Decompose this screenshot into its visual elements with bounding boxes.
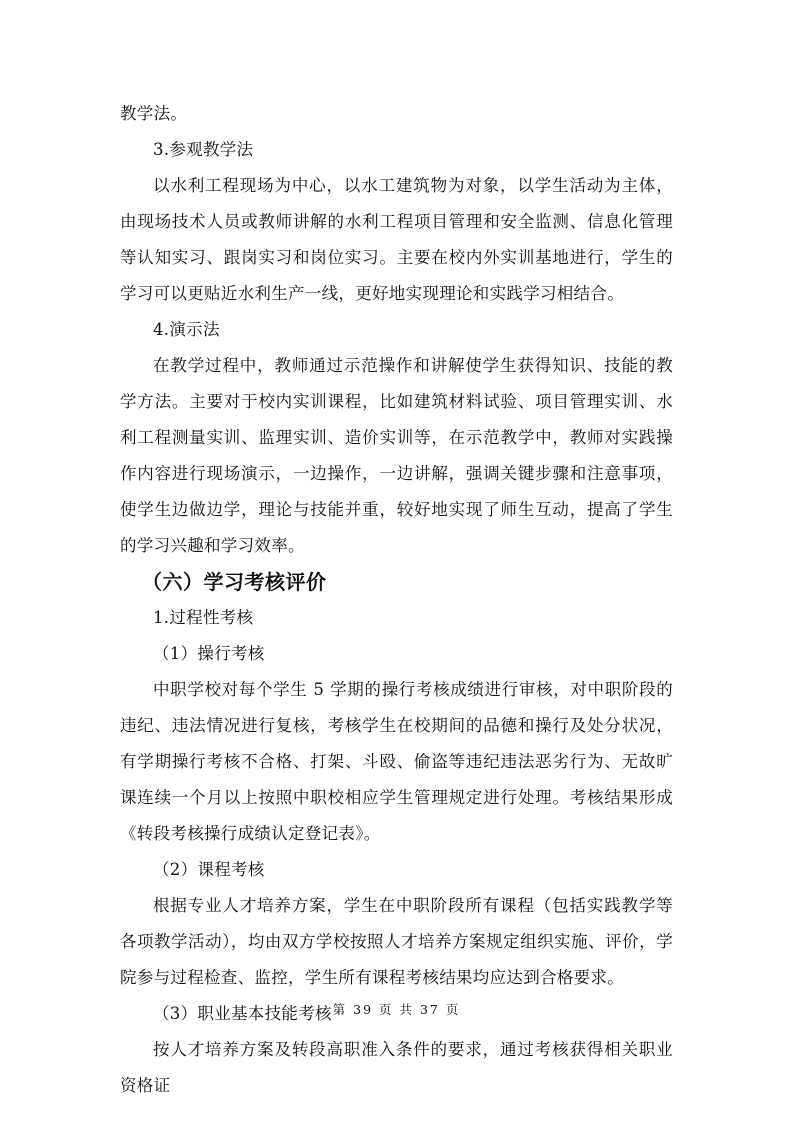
subheading-visit-teaching: 3.参观教学法 [120, 132, 673, 168]
paragraph-visit-teaching: 以水利工程现场为中心，以水工建筑物为对象，以学生活动为主体，由现场技术人员或教师… [120, 168, 673, 312]
paragraph-course-assessment: 根据专业人才培养方案，学生在中职阶段所有课程（包括实践教学等各项教学活动），均由… [120, 888, 673, 996]
subheading-conduct-assessment: （1）操行考核 [120, 636, 673, 672]
document-body: 教学法。 3.参观教学法 以水利工程现场为中心，以水工建筑物为对象，以学生活动为… [120, 96, 673, 1104]
paragraph-demonstration: 在教学过程中，教师通过示范操作和讲解使学生获得知识、技能的教学方法。主要对于校内… [120, 348, 673, 564]
paragraph-conduct-assessment: 中职学校对每个学生 5 学期的操行考核成绩进行审核，对中职阶段的违纪、违法情况进… [120, 672, 673, 852]
page-footer: 第 39 页 共 37 页 [0, 1000, 793, 1018]
subheading-course-assessment: （2）课程考核 [120, 852, 673, 888]
subheading-demonstration: 4.演示法 [120, 312, 673, 348]
paragraph-skill-assessment: 按人才培养方案及转段高职准入条件的要求，通过考核获得相关职业资格证 [120, 1032, 673, 1104]
paragraph-continuation: 教学法。 [120, 96, 673, 132]
section-heading-assessment: （六）学习考核评价 [120, 564, 673, 600]
subheading-process-assessment: 1.过程性考核 [120, 600, 673, 636]
